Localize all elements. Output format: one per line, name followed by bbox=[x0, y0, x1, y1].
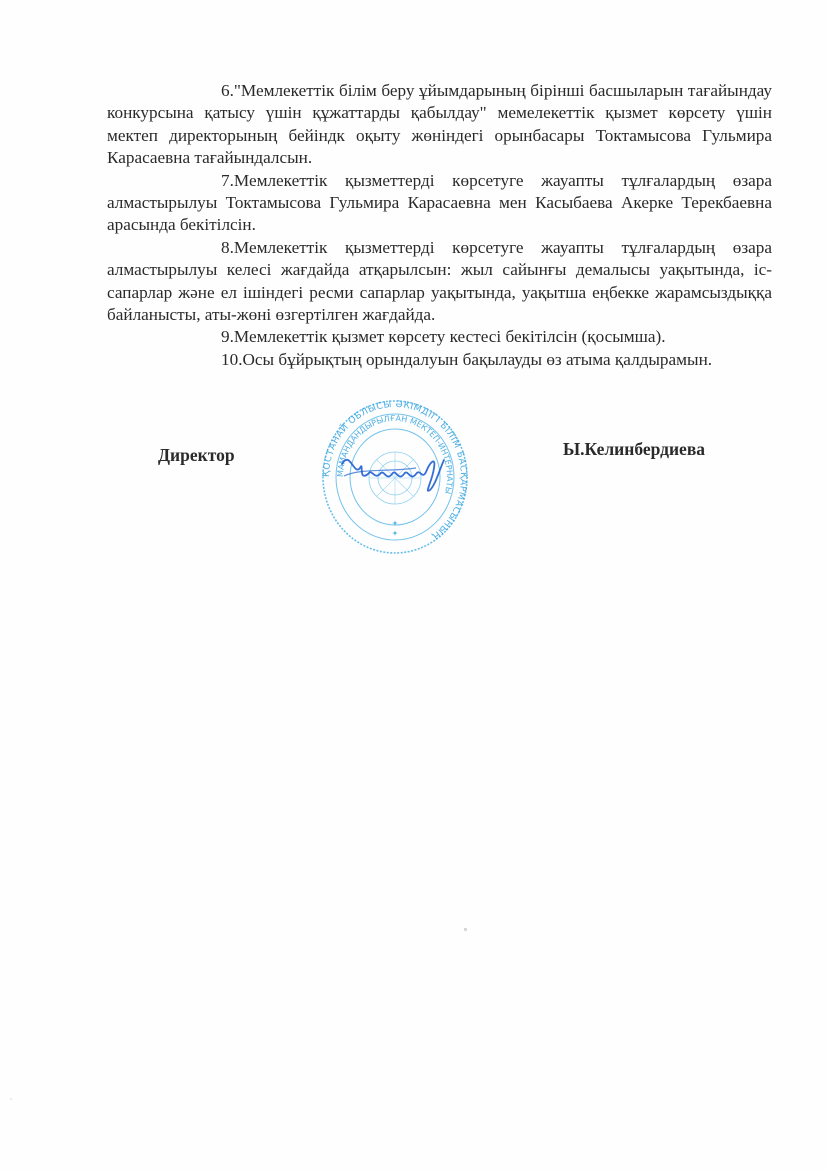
paragraph-6: 6."Мемлекеттік білім беру ұйымдарының бі… bbox=[107, 80, 772, 170]
signatory-name: Ы.Келинбердиева bbox=[563, 439, 705, 460]
document-page: 6."Мемлекеттік білім беру ұйымдарының бі… bbox=[0, 0, 827, 1170]
paragraph-number: 8. bbox=[164, 237, 234, 259]
paragraph-9: 9.Мемлекеттік қызмет көрсету кестесі бек… bbox=[107, 326, 772, 348]
scan-artifact bbox=[464, 928, 467, 931]
svg-text:✦: ✦ bbox=[392, 529, 399, 538]
paragraph-10: 10.Осы бұйрықтың орындалуын бақылауды өз… bbox=[107, 349, 772, 371]
paragraph-number: 9. bbox=[164, 326, 234, 348]
paragraph-number: 10. bbox=[164, 349, 242, 371]
paragraph-text: Мемлекеттік қызмет көрсету кестесі бекіт… bbox=[234, 327, 666, 346]
paragraph-number: 7. bbox=[164, 170, 234, 192]
paragraph-number: 6. bbox=[164, 80, 234, 102]
svg-text:✦: ✦ bbox=[392, 519, 399, 528]
paragraph-8: 8.Мемлекеттік қызметтерді көрсетуге жауа… bbox=[107, 237, 772, 327]
order-body: 6."Мемлекеттік білім беру ұйымдарының бі… bbox=[107, 80, 772, 371]
official-stamp-icon: ҚОСТАНАЙ ОБЛЫСЫ ӘКІМДІГІ БІЛІМ БАСҚАРМАС… bbox=[320, 398, 470, 556]
paragraph-text: Осы бұйрықтың орындалуын бақылауды өз ат… bbox=[242, 350, 712, 369]
signatory-position: Директор bbox=[158, 445, 235, 466]
scan-artifact bbox=[10, 1098, 12, 1100]
paragraph-7: 7.Мемлекеттік қызметтерді көрсетуге жауа… bbox=[107, 170, 772, 237]
